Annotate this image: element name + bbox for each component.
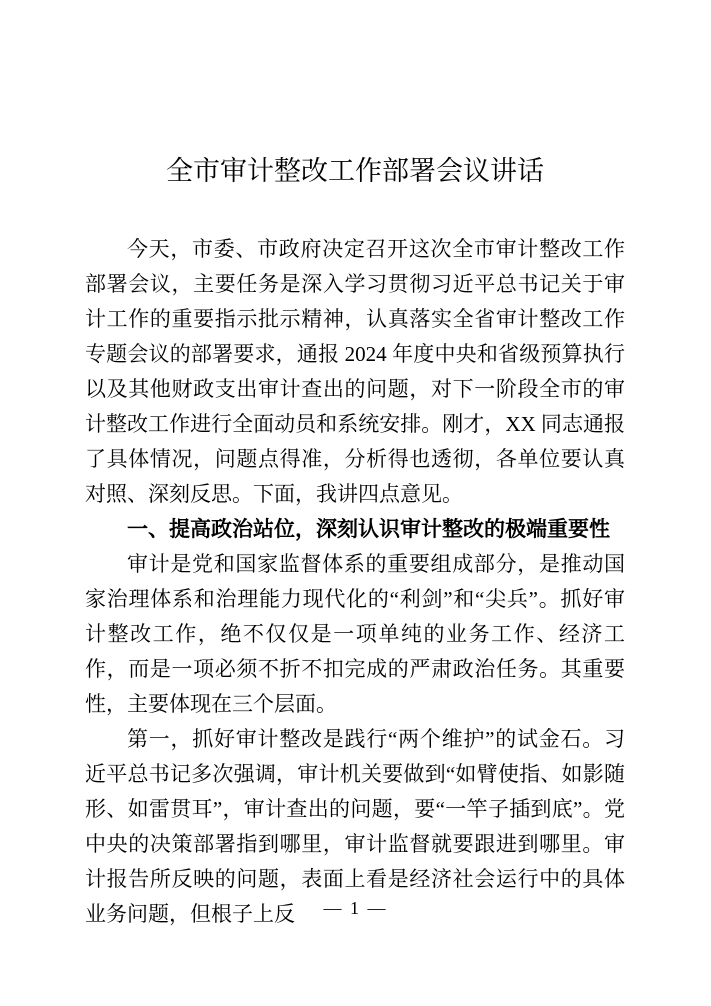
document-title: 全市审计整改工作部署会议讲话 (85, 150, 625, 192)
paragraph-intro: 今天，市委、市政府决定召开这次全市审计整改工作部署会议，主要任务是深入学习贯彻习… (85, 232, 625, 512)
paragraph-section1-importance: 审计是党和国家监督体系的重要组成部分，是推动国家治理体系和治理能力现代化的“利剑… (85, 547, 625, 722)
document-content: 全市审计整改工作部署会议讲话 今天，市委、市政府决定召开这次全市审计整改工作部署… (85, 150, 625, 932)
section-1-heading: 一、提高政治站位，深刻认识审计整改的极端重要性 (85, 512, 625, 547)
document-page: 全市审计整改工作部署会议讲话 今天，市委、市政府决定召开这次全市审计整改工作部署… (0, 0, 711, 1006)
page-number: — 1 — (0, 898, 711, 919)
